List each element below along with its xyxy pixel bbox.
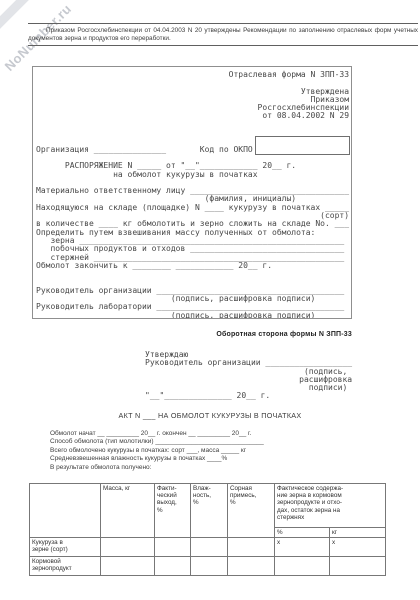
act-paragraph: Обмолот начат __ _________ 20__ г. оконч… <box>50 430 264 472</box>
form-text-line: Отраслевая форма N ЗПП-33 <box>36 71 351 79</box>
table-subheader-kg: кг <box>330 528 386 538</box>
table-header-grain-content: Фактическое содержа- ние зерна в кормово… <box>275 484 386 528</box>
act-text-line: Способ обмолота (тип молотилки) ________… <box>50 438 264 446</box>
table-cell <box>191 538 228 557</box>
act-text-line: Всего обмолочено кукурузы в початках: со… <box>50 447 264 455</box>
table-header-mass: Масса, кг <box>101 484 155 538</box>
table-cell <box>101 538 155 557</box>
results-table: Масса, кг Факти- ческий выход, % Влаж- н… <box>29 483 386 576</box>
table-row-label: Кормовой зернопродукт <box>30 557 101 576</box>
top-note: Приказом Росгосхлебинспекции от 04.04.20… <box>28 23 418 46</box>
form-text-line <box>36 270 351 278</box>
table-cell <box>191 557 228 576</box>
table-subheader-percent: % <box>275 528 330 538</box>
form-text-line: от 08.04.2002 N 29 <box>36 112 351 120</box>
table-cell <box>101 557 155 576</box>
approve-block: УтверждаюРуководитель организации ______… <box>145 351 352 401</box>
okpo-code-box <box>255 136 350 155</box>
approve-text-line: "__"______________ 20__ г. <box>145 392 352 400</box>
form-text-line: (подпись, расшифровка подписи) <box>36 312 351 319</box>
table-cell <box>155 557 191 576</box>
top-note-text: Приказом Росгосхлебинспекции от 04.04.20… <box>28 27 418 43</box>
act-text-line: В результате обмолота получено: <box>50 464 264 472</box>
table-cell <box>228 538 275 557</box>
table-header-moisture: Влаж- ность, % <box>191 484 228 538</box>
table-cell: х <box>275 538 330 557</box>
document-page: { "colors": { "watermark": "#c6c9cf", "b… <box>0 0 420 600</box>
act-title: АКТ N ___ НА ОБМОЛОТ КУКУРУЗЫ В ПОЧАТКАХ <box>0 411 420 420</box>
table-cell <box>155 538 191 557</box>
table-cell <box>228 557 275 576</box>
table-header-yield: Факти- ческий выход, % <box>155 484 191 538</box>
form-text-line <box>36 121 351 129</box>
table-header-impurity: Сорная примесь, % <box>228 484 275 538</box>
act-text-line: Средневзвешенная влажность кукурузы в по… <box>50 455 264 463</box>
table-row-label: Кукуруза в зерне (сорт) <box>30 538 101 557</box>
table-cell: х <box>330 538 386 557</box>
form-text-line: Обмолот закончить к ________ ___________… <box>36 262 351 270</box>
table-cell <box>330 557 386 576</box>
table-header-empty <box>30 484 101 538</box>
table-cell <box>275 557 330 576</box>
back-side-label: Оборотная сторона формы N ЗПП-33 <box>216 331 352 338</box>
front-form-box: Отраслевая форма N ЗПП-33 Утверждена При… <box>32 66 352 319</box>
form-text-line: на обмолот кукурузы в початках <box>36 171 351 179</box>
